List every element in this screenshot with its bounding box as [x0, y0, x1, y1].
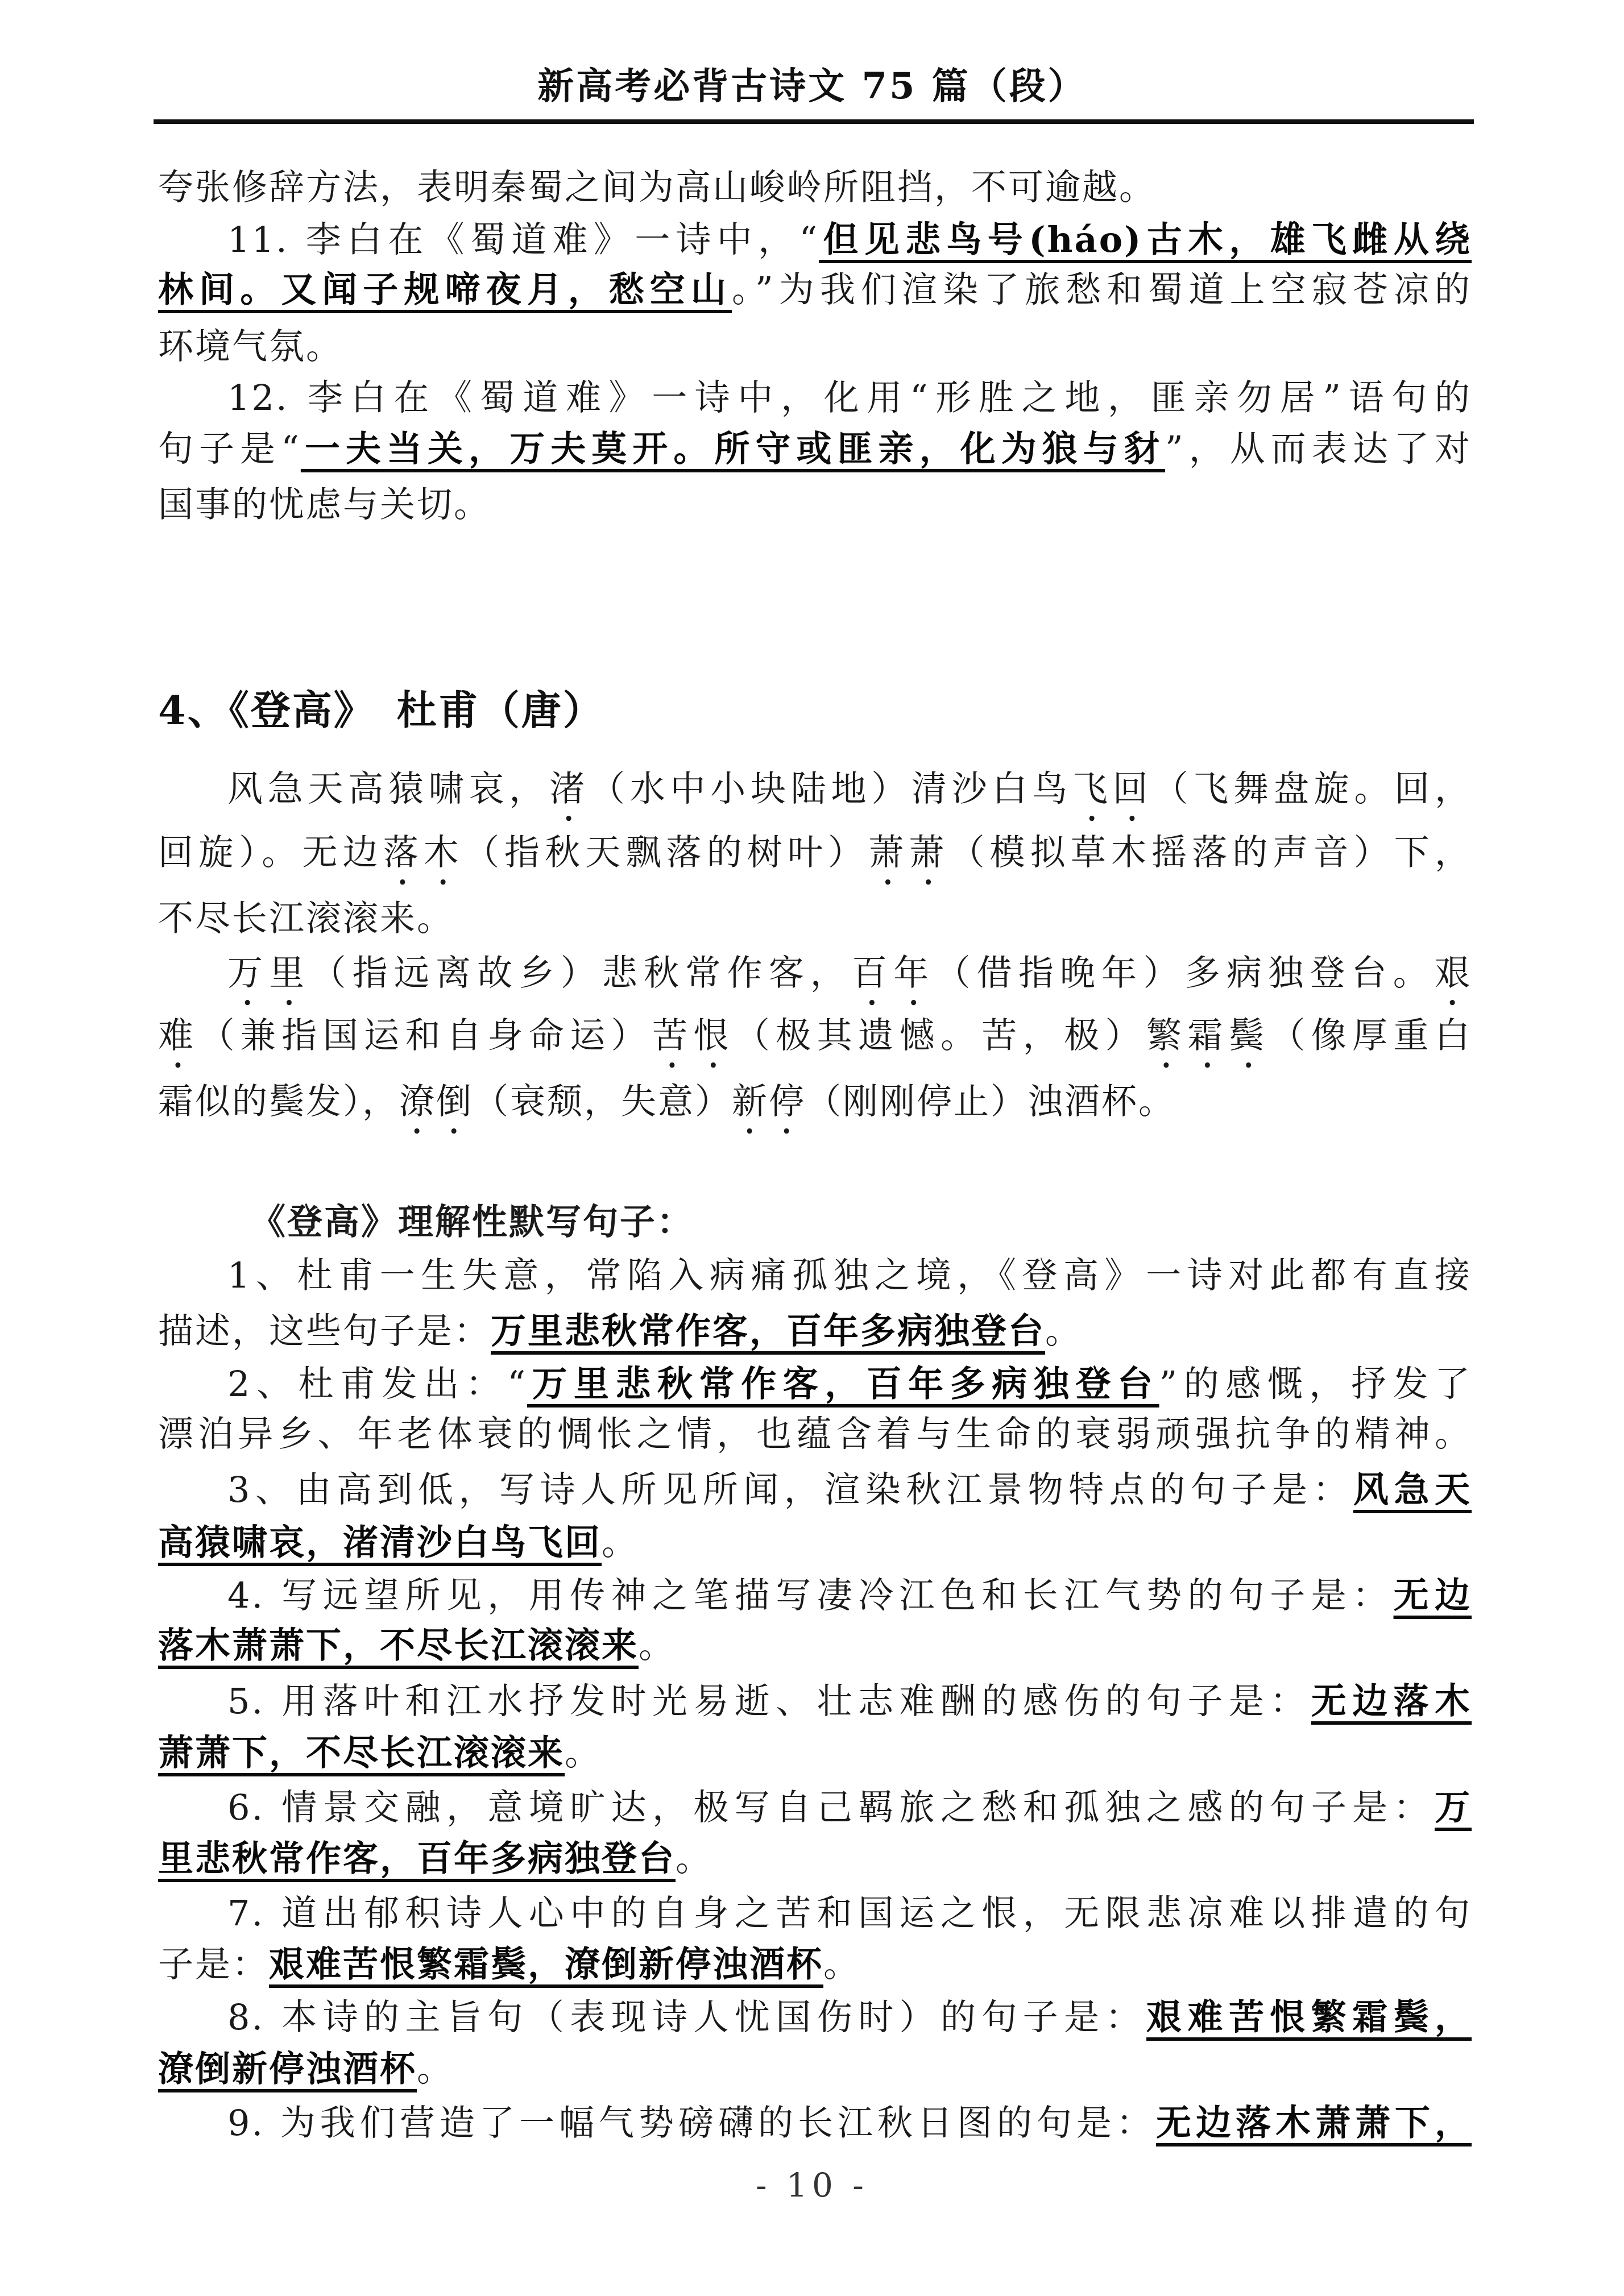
exercise-prompt: 8. 本诗的主旨句（表现诗人忧国伤时）的句子是： — [227, 1996, 1146, 2038]
poem-note: （模拟草木摇落的声音）下， — [949, 832, 1471, 873]
answer-text: 高猿啸哀，渚清沙白鸟飞回 — [158, 1522, 602, 1563]
poem-para1-line-3: 不尽长江滚滚来。 — [158, 896, 1472, 941]
annotated-word: 繁霜鬓 — [1146, 1015, 1270, 1056]
answer-text: 万里悲秋常作客，百年多病独登台 — [527, 1363, 1159, 1405]
item-12-line-2: 句子是“一夫当关，万夫莫开。所守或匪亲，化为狼与豺”，从而表达了对 — [158, 426, 1472, 472]
page-number: - 10 - — [0, 2166, 1624, 2204]
punctuation: 。 — [565, 1732, 602, 1774]
answer-text: 一夫当关，万夫莫开。所守或匪亲，化为狼与豺 — [301, 428, 1165, 470]
poem-note: 回旋）。无边 — [158, 832, 383, 873]
exercise-6-line-2: 里悲秋常作客，百年多病独登台。 — [158, 1836, 1472, 1882]
poem-note: （像厚重白 — [1270, 1015, 1472, 1056]
exercise-3-line-2: 高猿啸哀，渚清沙白鸟飞回。 — [158, 1520, 1472, 1566]
annotated-word: 新停 — [732, 1081, 806, 1122]
item-12-line-1: 12. 李白在《蜀道难》一诗中，化用“形胜之地，匪亲勿居”语句的 — [227, 375, 1472, 421]
exercise-prompt: 5. 用落叶和江水抒发时光易逝、壮志难酬的感伤的句子是： — [227, 1680, 1311, 1722]
annotated-word: 苦恨 — [652, 1015, 735, 1056]
item-tail: 。”为我们渲染了旅愁和蜀道上空寂苍凉的 — [732, 269, 1472, 310]
annotated-word: 渚 — [549, 768, 590, 809]
punctuation: 。 — [639, 1625, 676, 1666]
exercise-8-line-1: 8. 本诗的主旨句（表现诗人忧国伤时）的句子是：艰难苦恨繁霜鬓， — [227, 1995, 1472, 2040]
exercise-6-line-1: 6. 情景交融，意境旷达，极写自己羁旅之愁和孤独之感的句子是：万 — [227, 1785, 1472, 1830]
annotated-word: 落木 — [383, 832, 464, 873]
poem-para2-line-1: 万里（指远离故乡）悲秋常作客，百年（借指晚年）多病独登台。艰 — [227, 950, 1472, 1014]
item-lead: 李白在《蜀道难》一诗中，化用“形胜之地，匪亲勿居”语句的 — [308, 377, 1472, 418]
item-11-line-3: 环境气氛。 — [158, 324, 1472, 369]
exercise-prompt: 4. 写远望所见，用传神之笔描写凄冷江色和长江气势的句子是： — [227, 1575, 1394, 1616]
poem-para1-line-2: 回旋）。无边落木（指秋天飘落的树叶）萧萧（模拟草木摇落的声音）下， — [158, 830, 1472, 894]
exercise-5-line-1: 5. 用落叶和江水抒发时光易逝、壮志难酬的感伤的句子是：无边落木 — [227, 1679, 1472, 1724]
exercise-prompt: 子是： — [158, 1944, 269, 1985]
exercise-1-line-1: 1、杜甫一生失意，常陷入病痛孤独之境，《登高》一诗对此都有直接 — [227, 1253, 1472, 1298]
exercise-9-line-1: 9. 为我们营造了一幅气势磅礴的长江秋日图的句是：无边落木萧萧下， — [227, 2100, 1472, 2146]
answer-text: 无边落木萧萧下， — [1156, 2102, 1472, 2144]
exercise-tail: ”的感慨，抒发了 — [1159, 1363, 1472, 1405]
item-12-line-3: 国事的忧虑与关切。 — [158, 482, 1472, 528]
annotated-word: 萧萧 — [868, 832, 949, 873]
answer-text: 潦倒新停浊酒杯 — [158, 2048, 417, 2090]
exercise-2-line-1: 2、杜甫发出：“万里悲秋常作客，百年多病独登台”的感慨，抒发了 — [227, 1361, 1472, 1407]
punctuation: 。 — [1045, 1310, 1082, 1352]
exercise-4-line-2: 落木萧萧下，不尽长江滚滚来。 — [158, 1623, 1472, 1668]
poem-note: （指远离故乡）悲秋常作客， — [310, 952, 852, 994]
item-tail: ”，从而表达了对 — [1165, 428, 1472, 470]
item-11-line-1: 11. 李白在《蜀道难》一诗中，“但见悲鸟号(háo)古木，雄飞雌从绕 — [227, 217, 1472, 263]
item-number: 12. — [227, 377, 289, 418]
annotated-word: 百年 — [852, 952, 935, 994]
answer-text: 万里悲秋常作客，百年多病独登台 — [491, 1310, 1045, 1352]
answer-text: 林间。又闻子规啼夜月，愁空山 — [158, 269, 732, 310]
answer-text: 里悲秋常作客，百年多病独登台 — [158, 1838, 676, 1879]
section-heading: 4、《登高》 杜甫（唐） — [158, 685, 604, 736]
answer-text: 艰难苦恨繁霜鬓，潦倒新停浊酒杯 — [269, 1944, 823, 1985]
annotated-word: 万里 — [227, 952, 310, 994]
item-lead: 句子是“ — [158, 428, 301, 470]
answer-text: 无边 — [1394, 1575, 1472, 1616]
exercise-heading: 《登高》理解性默写句子： — [250, 1199, 694, 1245]
exercise-3-line-1: 3、由高到低，写诗人所见所闻，渲染秋江景物特点的句子是：风急天 — [227, 1467, 1472, 1513]
poem-note: （极其遗憾。苦，极） — [735, 1015, 1146, 1056]
poem-para2-line-3: 霜似的鬓发），潦倒（衰颓，失意）新停（刚刚停止）浊酒杯。 — [158, 1079, 1472, 1143]
punctuation: 。 — [676, 1838, 712, 1879]
exercise-prompt: 描述，这些句子是： — [158, 1310, 491, 1352]
exercise-7-line-2: 子是：艰难苦恨繁霜鬓，潦倒新停浊酒杯。 — [158, 1942, 1472, 1987]
item-11-line-2: 林间。又闻子规啼夜月，愁空山。”为我们渲染了旅愁和蜀道上空寂苍凉的 — [158, 267, 1472, 313]
exercise-prompt: 3、由高到低，写诗人所见所闻，渲染秋江景物特点的句子是： — [227, 1469, 1353, 1510]
answer-text: 萧萧下，不尽长江滚滚来 — [158, 1732, 565, 1774]
poem-text: 风急天高猿啸哀， — [227, 768, 549, 809]
exercise-7-line-1: 7. 道出郁积诗人心中的自身之苦和国运之恨，无限悲凉难以排遣的句 — [227, 1891, 1472, 1936]
annotated-word: 潦倒 — [399, 1081, 473, 1122]
punctuation: 。 — [823, 1944, 860, 1985]
answer-text: 万 — [1435, 1787, 1472, 1828]
poem-note: 霜似的鬓发）， — [158, 1081, 399, 1122]
exercise-5-line-2: 萧萧下，不尽长江滚滚来。 — [158, 1730, 1472, 1776]
exercise-prompt: 2、杜甫发出：“ — [227, 1363, 527, 1405]
exercise-4-line-1: 4. 写远望所见，用传神之笔描写凄冷江色和长江气势的句子是：无边 — [227, 1573, 1472, 1618]
punctuation: 。 — [417, 2048, 454, 2090]
poem-note: （兼指国运和自身命运） — [199, 1015, 652, 1056]
answer-text: 落木萧萧下，不尽长江滚滚来 — [158, 1625, 639, 1666]
poem-note: （指秋天飘落的树叶） — [464, 832, 868, 873]
item-number: 11. — [227, 219, 289, 260]
annotated-word: 飞回 — [1072, 768, 1153, 809]
poem-para1-line-1: 风急天高猿啸哀，渚（水中小块陆地）清沙白鸟飞回（飞舞盘旋。回， — [227, 766, 1472, 830]
exercise-prompt: 9. 为我们营造了一幅气势磅礴的长江秋日图的句是： — [227, 2102, 1156, 2144]
poem-para2-line-2: 难（兼指国运和自身命运）苦恨（极其遗憾。苦，极）繁霜鬓（像厚重白 — [158, 1013, 1472, 1077]
answer-text: 但见悲鸟号(háo)古木，雄飞雌从绕 — [819, 219, 1472, 260]
exercise-prompt: 6. 情景交融，意境旷达，极写自己羁旅之愁和孤独之感的句子是： — [227, 1787, 1435, 1828]
item-lead: 李白在《蜀道难》一诗中，“ — [306, 219, 819, 260]
annotated-word: 难 — [158, 1015, 199, 1056]
answer-text: 艰难苦恨繁霜鬓， — [1146, 1996, 1472, 2038]
header-rule — [154, 119, 1474, 124]
exercise-2-line-2: 漂泊异乡、年老体衰的惆怅之情，也蕴含着与生命的衰弱顽强抗争的精神。 — [158, 1411, 1472, 1457]
continuation-line: 夸张修辞方法，表明秦蜀之间为高山峻岭所阻挡，不可逾越。 — [158, 165, 1472, 210]
poem-note: （飞舞盘旋。回， — [1153, 768, 1472, 809]
punctuation: 。 — [602, 1522, 639, 1563]
exercise-1-line-2: 描述，这些句子是：万里悲秋常作客，百年多病独登台。 — [158, 1309, 1472, 1354]
poem-note: （衰颓，失意） — [473, 1081, 732, 1122]
poem-note: （水中小块陆地）清沙白鸟 — [590, 768, 1072, 809]
answer-text: 无边落木 — [1311, 1680, 1472, 1722]
answer-text: 风急天 — [1353, 1469, 1472, 1510]
poem-note: （刚刚停止）浊酒杯。 — [806, 1081, 1175, 1122]
poem-note: （借指晚年）多病独登台。 — [935, 952, 1435, 994]
annotated-word: 艰 — [1435, 952, 1472, 994]
exercise-8-line-2: 潦倒新停浊酒杯。 — [158, 2046, 1472, 2092]
page-header-title: 新高考必背古诗文 75 篇（段） — [0, 57, 1624, 109]
